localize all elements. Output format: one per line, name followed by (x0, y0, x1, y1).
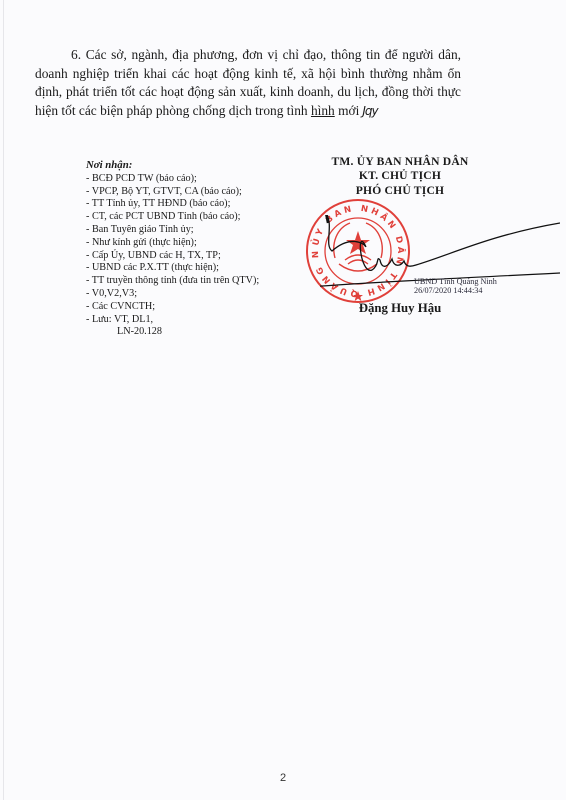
recipient-item: - CT, các PCT UBND Tỉnh (báo cáo); (86, 211, 316, 224)
paragraph-underlined-word: hình (311, 103, 335, 118)
recipient-item: - V0,V2,V3; (86, 288, 316, 301)
digital-signature-time: 26/07/2020 14:44:34 (414, 286, 497, 295)
recipient-item: - VPCP, Bộ YT, GTVT, CA (báo cáo); (86, 186, 316, 199)
recipient-item: - BCĐ PCD TW (báo cáo); (86, 173, 316, 186)
authority-line-1: TM. ỦY BAN NHÂN DÂN (300, 155, 500, 169)
handwritten-initials: Jqy (362, 104, 377, 118)
recipients-list: Nơi nhận: - BCĐ PCD TW (báo cáo);- VPCP,… (86, 159, 316, 339)
document-reference: LN-20.128 (86, 326, 316, 339)
recipients-title: Nơi nhận: (86, 159, 316, 172)
page-number: 2 (0, 772, 566, 784)
signature-authority: TM. ỦY BAN NHÂN DÂN KT. CHỦ TỊCH PHÓ CHỦ… (300, 155, 500, 198)
page-edge (3, 0, 4, 800)
body-paragraph-6: 6. Các sở, ngành, địa phương, đơn vị chỉ… (35, 46, 461, 120)
authority-line-2: KT. CHỦ TỊCH (300, 169, 500, 183)
recipient-item: - UBND các P.X.TT (thực hiện); (86, 262, 316, 275)
digital-signature-stamp: UBND Tỉnh Quảng Ninh 26/07/2020 14:44:34 (414, 277, 497, 295)
recipient-item: - TT Tỉnh ủy, TT HĐND (báo cáo); (86, 198, 316, 211)
recipient-item: - Cấp Ủy, UBND các H, TX, TP; (86, 250, 316, 263)
paragraph-end: mới (335, 103, 360, 118)
recipient-item: - TT truyền thông tỉnh (đưa tin trên QTV… (86, 275, 316, 288)
recipient-item: - Ban Tuyên giáo Tỉnh ủy; (86, 224, 316, 237)
signer-name: Đặng Huy Hậu (300, 301, 500, 316)
recipient-item: - Các CVNCTH; (86, 301, 316, 314)
recipient-item: - Như kính gửi (thực hiện); (86, 237, 316, 250)
recipients-items: - BCĐ PCD TW (báo cáo);- VPCP, Bộ YT, GT… (86, 173, 316, 327)
paragraph-text: 6. Các sở, ngành, địa phương, đơn vị chỉ… (35, 47, 461, 118)
digital-signature-org: UBND Tỉnh Quảng Ninh (414, 277, 497, 286)
recipient-item: - Lưu: VT, DL1, (86, 314, 316, 327)
authority-line-3: PHÓ CHỦ TỊCH (300, 184, 500, 198)
